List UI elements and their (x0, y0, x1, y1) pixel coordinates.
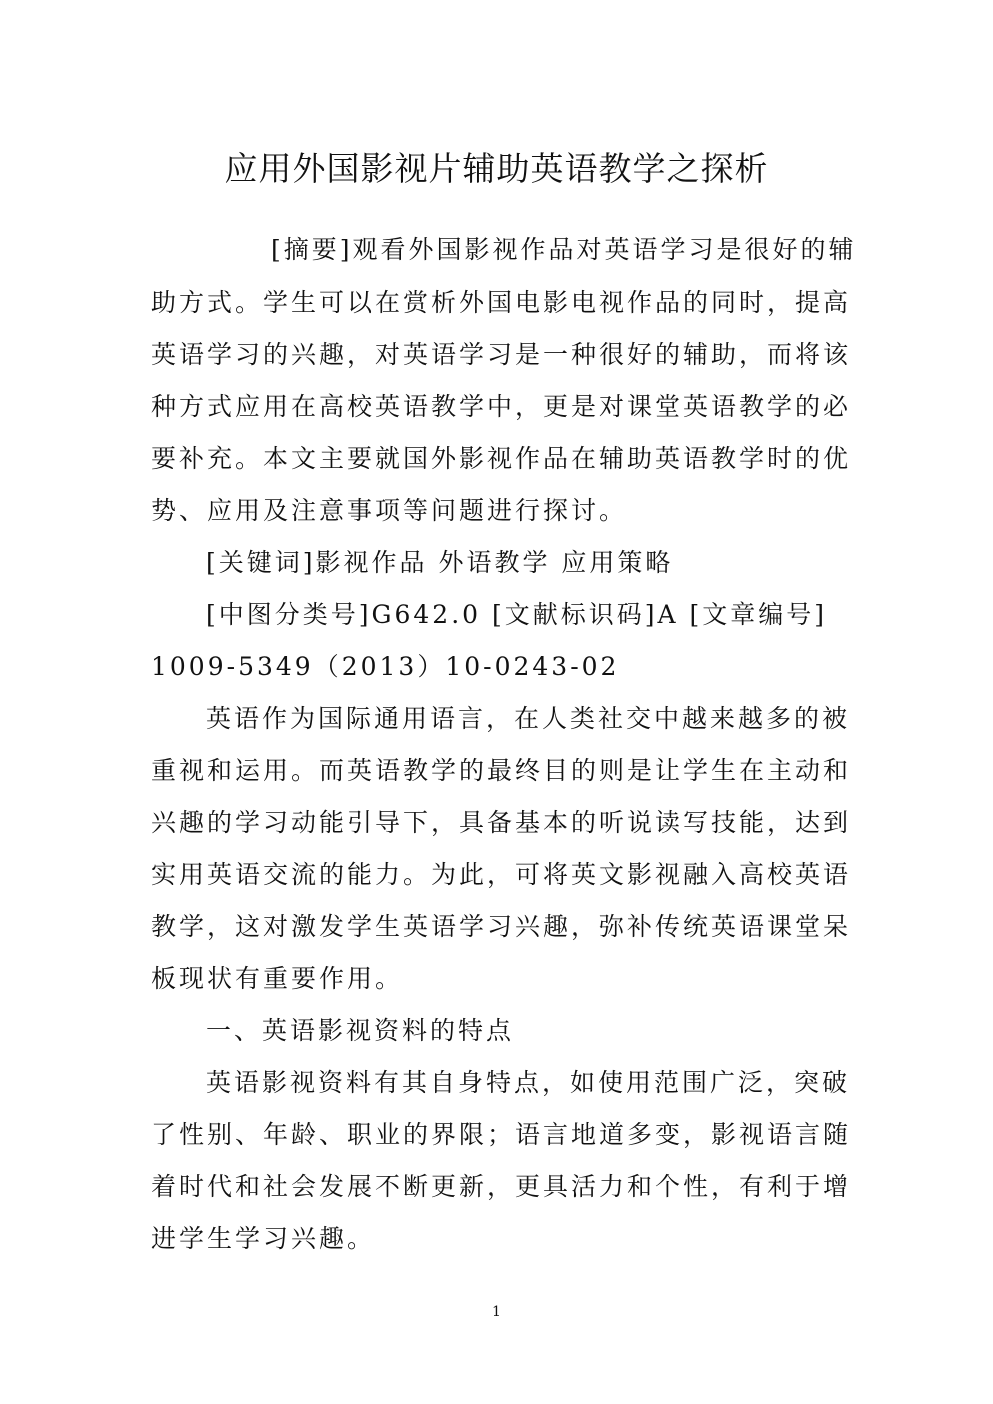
page-number: 1 (0, 1302, 993, 1322)
text-line: 1009-5349（2013）10-0243-02 (151, 649, 851, 685)
text-line: 助方式。学生可以在赏析外国电影电视作品的同时，提高 (151, 285, 851, 321)
document-title: 应用外国影视片辅助英语教学之探析 (0, 144, 993, 194)
text-line: [摘要]观看外国影视作品对英语学习是很好的辅 (271, 232, 971, 268)
text-line: 英语影视资料有其自身特点，如使用范围广泛，突破 (206, 1065, 906, 1101)
text-line: 教学，这对激发学生英语学习兴趣，弥补传统英语课堂呆 (151, 909, 851, 945)
text-line: 板现状有重要作用。 (151, 961, 851, 997)
text-line: 种方式应用在高校英语教学中，更是对课堂英语教学的必 (151, 389, 851, 425)
text-line: [关键词]影视作品 外语教学 应用策略 (206, 545, 906, 581)
text-line: 势、应用及注意事项等问题进行探讨。 (151, 493, 851, 529)
text-line: 要补充。本文主要就国外影视作品在辅助英语教学时的优 (151, 441, 851, 477)
text-line: 了性别、年龄、职业的界限；语言地道多变，影视语言随 (151, 1117, 851, 1153)
text-line: 英语学习的兴趣，对英语学习是一种很好的辅助，而将该 (151, 337, 851, 373)
text-line: 实用英语交流的能力。为此，可将英文影视融入高校英语 (151, 857, 851, 893)
text-line: 英语作为国际通用语言，在人类社交中越来越多的被 (206, 701, 906, 737)
document-page: 应用外国影视片辅助英语教学之探析 [摘要]观看外国影视作品对英语学习是很好的辅助… (0, 0, 993, 1404)
text-line: 重视和运用。而英语教学的最终目的则是让学生在主动和 (151, 753, 851, 789)
text-line: 进学生学习兴趣。 (151, 1221, 851, 1257)
text-line: 着时代和社会发展不断更新，更具活力和个性，有利于增 (151, 1169, 851, 1205)
text-line: 一、英语影视资料的特点 (206, 1013, 906, 1049)
text-line: 兴趣的学习动能引导下，具备基本的听说读写技能，达到 (151, 805, 851, 841)
text-line: [中图分类号]G642.0 [文献标识码]A [文章编号] (206, 597, 906, 633)
